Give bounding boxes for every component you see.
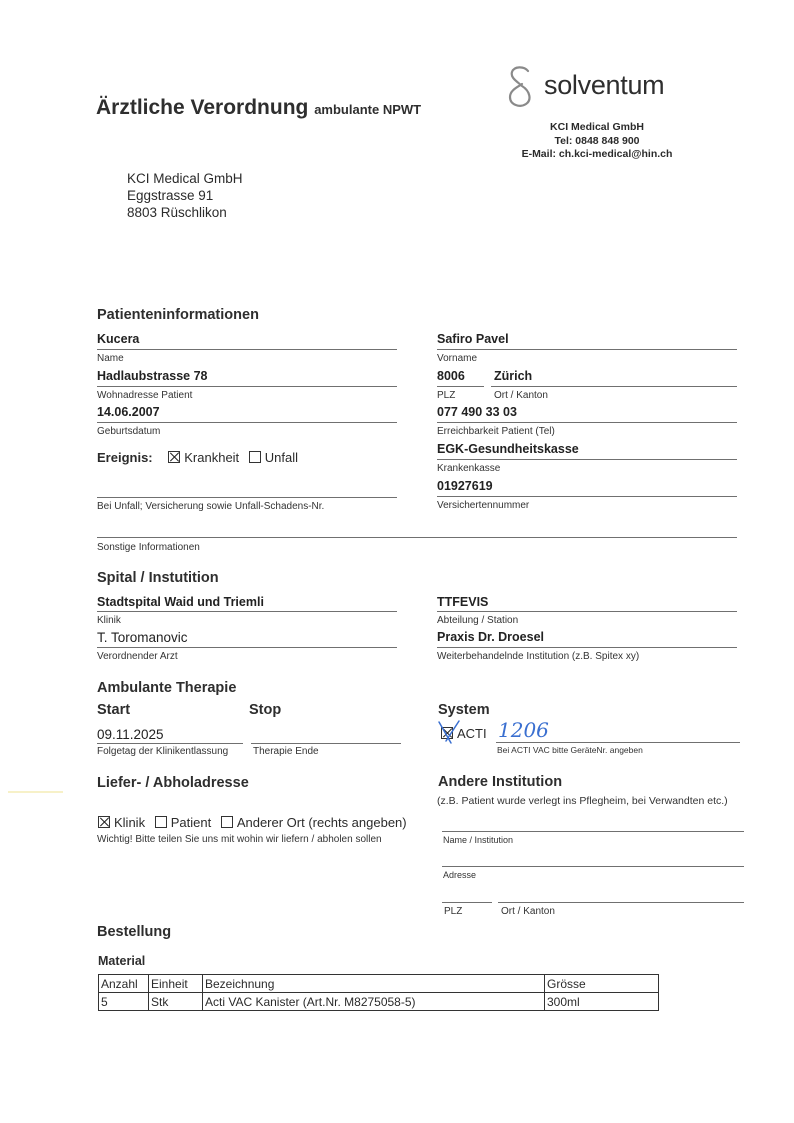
contact-tel: Tel: 0848 848 900: [500, 135, 694, 149]
patient-phone-line: [437, 422, 737, 423]
delivery-option-klinik[interactable]: Klinik: [98, 815, 145, 830]
other-institution-plz-label: PLZ: [444, 906, 462, 917]
sender-street: Eggstrasse 91: [127, 187, 243, 204]
section-delivery-title: Liefer- / Abholadresse: [97, 775, 249, 791]
material-table: Anzahl Einheit Bezeichnung Grösse 5 Stk …: [98, 974, 659, 1011]
logo-text: solventum: [544, 70, 664, 101]
patient-insurer-line: [437, 459, 737, 460]
device-number-handwritten[interactable]: 1206: [498, 718, 549, 742]
title-subtitle: ambulante NPWT: [314, 102, 421, 117]
patient-vorname-value[interactable]: Safiro Pavel: [437, 332, 509, 346]
klinik-label: Klinik: [97, 615, 121, 626]
contact-email: E-Mail: ch.kci-medical@hin.ch: [500, 148, 694, 162]
other-institution-name-line[interactable]: [442, 831, 744, 832]
other-info-line[interactable]: [97, 537, 737, 538]
column-header: Bezeichnung: [203, 975, 545, 993]
patient-insurance-number-line: [437, 496, 737, 497]
patient-name-label: Name: [97, 353, 124, 364]
patient-birthdate-value[interactable]: 14.06.2007: [97, 405, 160, 419]
document-title: Ärztliche Verordnung ambulante NPWT: [96, 96, 421, 120]
doctor-line: [97, 647, 397, 648]
other-institution-plz-line[interactable]: [442, 902, 492, 903]
other-institution-address-label: Adresse: [443, 870, 476, 880]
event-option-krankheit[interactable]: Krankheit: [168, 450, 239, 465]
department-label: Abteilung / Station: [437, 615, 518, 626]
patient-ort-value[interactable]: Zürich: [494, 369, 532, 383]
followup-label: Weiterbehandelnde Institution (z.B. Spit…: [437, 651, 639, 662]
patient-plz-value[interactable]: 8006: [437, 369, 465, 383]
followup-line: [437, 647, 737, 648]
patient-ort-line: [491, 386, 737, 387]
event-option-unfall[interactable]: Unfall: [249, 450, 298, 465]
delivery-note: Wichtig! Bitte teilen Sie uns mit wohin …: [97, 834, 382, 845]
therapy-start-value[interactable]: 09.11.2025: [97, 727, 164, 742]
event-options: Ereignis: Krankheit Unfall: [97, 450, 304, 465]
patient-birthdate-line: [97, 422, 397, 423]
column-header: Grösse: [545, 975, 659, 993]
department-value[interactable]: TTFEVIS: [437, 595, 488, 609]
table-header-row: Anzahl Einheit Bezeichnung Grösse: [99, 975, 659, 993]
delivery-option-patient[interactable]: Patient: [155, 815, 211, 830]
cell-anzahl[interactable]: 5: [99, 993, 149, 1011]
solventum-logo-icon: [506, 66, 538, 113]
device-number-hint: Bei ACTI VAC bitte GeräteNr. angeben: [497, 745, 643, 755]
patient-plz-line: [437, 386, 484, 387]
title-main: Ärztliche Verordnung: [96, 96, 308, 119]
doctor-value[interactable]: T. Toromanovic: [97, 630, 188, 645]
other-info-label: Sonstige Informationen: [97, 542, 200, 553]
patient-name-value[interactable]: Kucera: [97, 332, 139, 346]
patient-ort-label: Ort / Kanton: [494, 390, 548, 401]
cell-einheit[interactable]: Stk: [149, 993, 203, 1011]
column-header: Anzahl: [99, 975, 149, 993]
patient-address-line: [97, 386, 397, 387]
checkbox-checked-icon[interactable]: [98, 816, 110, 828]
patient-name-line: [97, 349, 397, 350]
therapy-start-label: Folgetag der Klinikentlassung: [97, 746, 228, 757]
checkbox-empty-icon[interactable]: [221, 816, 233, 828]
therapy-start-heading: Start: [97, 702, 130, 718]
accident-info-label: Bei Unfall; Versicherung sowie Unfall-Sc…: [97, 501, 324, 512]
section-patient-title: Patienteninformationen: [97, 307, 259, 323]
device-number-line: [496, 742, 740, 743]
sender-address: KCI Medical GmbH Eggstrasse 91 8803 Rüsc…: [127, 170, 243, 221]
other-institution-ort-label: Ort / Kanton: [501, 906, 555, 917]
table-row: 5 Stk Acti VAC Kanister (Art.Nr. M827505…: [99, 993, 659, 1011]
therapy-stop-heading: Stop: [249, 702, 281, 718]
section-therapy-title: Ambulante Therapie: [97, 680, 236, 696]
klinik-line: [97, 611, 397, 612]
contact-block: KCI Medical GmbH Tel: 0848 848 900 E-Mai…: [500, 121, 694, 162]
therapy-stop-label: Therapie Ende: [253, 746, 319, 757]
patient-phone-value[interactable]: 077 490 33 03: [437, 405, 517, 419]
followup-value[interactable]: Praxis Dr. Droesel: [437, 630, 544, 644]
sender-company: KCI Medical GmbH: [127, 170, 243, 187]
department-line: [437, 611, 737, 612]
checkbox-empty-icon[interactable]: [155, 816, 167, 828]
patient-address-value[interactable]: Hadlaubstrasse 78: [97, 369, 207, 383]
checkbox-checked-icon[interactable]: [168, 451, 180, 463]
doctor-label: Verordnender Arzt: [97, 651, 178, 662]
patient-insurer-value[interactable]: EGK-Gesundheitskasse: [437, 442, 579, 456]
patient-insurance-number-value[interactable]: 01927619: [437, 479, 493, 493]
patient-plz-label: PLZ: [437, 390, 455, 401]
checkbox-empty-icon[interactable]: [249, 451, 261, 463]
therapy-stop-line[interactable]: [251, 743, 401, 744]
section-system-title: System: [438, 702, 490, 718]
cell-bezeichnung[interactable]: Acti VAC Kanister (Art.Nr. M8275058-5): [203, 993, 545, 1011]
handwritten-check-icon: [437, 719, 463, 745]
section-institution-title: Spital / Instutition: [97, 570, 219, 586]
accident-info-line[interactable]: [97, 497, 397, 498]
scan-artifact: [8, 791, 63, 793]
patient-insurance-number-label: Versichertennummer: [437, 500, 529, 511]
other-institution-hint: (z.B. Patient wurde verlegt ins Pfleghei…: [437, 795, 728, 807]
section-order-title: Bestellung: [97, 924, 171, 940]
other-institution-address-line[interactable]: [442, 866, 744, 867]
patient-vorname-label: Vorname: [437, 353, 477, 364]
other-institution-ort-line[interactable]: [498, 902, 744, 903]
patient-vorname-line: [437, 349, 737, 350]
delivery-options: Klinik Patient Anderer Ort (rechts angeb…: [98, 815, 413, 830]
patient-address-label: Wohnadresse Patient: [97, 390, 192, 401]
patient-birthdate-label: Geburtsdatum: [97, 426, 160, 437]
other-institution-name-label: Name / Institution: [443, 835, 513, 845]
therapy-start-line: [97, 743, 243, 744]
sender-city: 8803 Rüschlikon: [127, 204, 243, 221]
material-title: Material: [98, 954, 145, 968]
column-header: Einheit: [149, 975, 203, 993]
klinik-value[interactable]: Stadtspital Waid und Triemli: [97, 595, 264, 609]
event-label: Ereignis:: [97, 450, 153, 465]
delivery-option-anderer-ort[interactable]: Anderer Ort (rechts angeben): [221, 815, 407, 830]
patient-insurer-label: Krankenkasse: [437, 463, 500, 474]
section-other-institution-title: Andere Institution: [438, 774, 562, 790]
contact-company: KCI Medical GmbH: [500, 121, 694, 135]
cell-groesse[interactable]: 300ml: [545, 993, 659, 1011]
patient-phone-label: Erreichbarkeit Patient (Tel): [437, 426, 555, 437]
